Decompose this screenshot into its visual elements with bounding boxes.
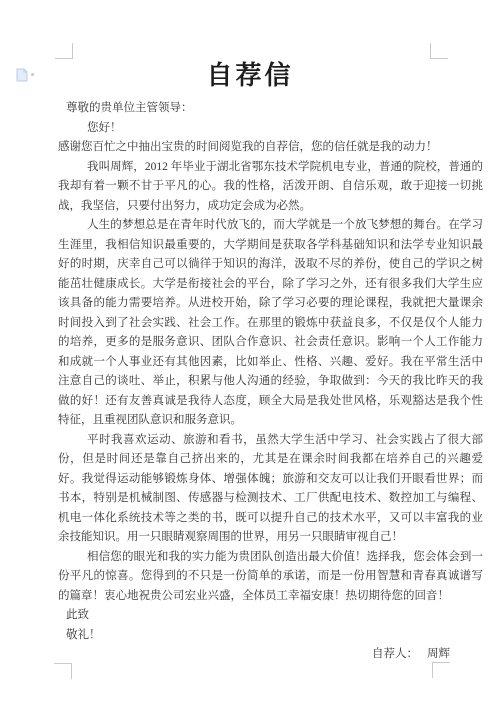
signature-name: 周辉 bbox=[427, 648, 450, 660]
corner-mark-top-right bbox=[430, 43, 448, 59]
paragraph-intro: 我叫周辉，2012 年毕业于湖北省鄂东技术学院机电专业，普通的院校，普通的我却有… bbox=[58, 158, 483, 217]
signature-line: 自荐人：周辉 bbox=[58, 645, 483, 665]
paragraph-greeting: 您好！ bbox=[58, 119, 483, 139]
line-cizhi: 此致 bbox=[58, 606, 483, 626]
paragraph-closing: 相信您的眼光和我的实力能为贵团队创造出最大价值！选择我，您会体会到一份平凡的惊喜… bbox=[58, 548, 483, 607]
signature-label: 自荐人： bbox=[372, 648, 418, 660]
letter-title: 自荐信 bbox=[0, 60, 500, 92]
salutation: 尊敬的贵单位主管领导： bbox=[58, 99, 483, 119]
paragraph-thanks: 感谢您百忙之中抽出宝贵的时间阅览我的自荐信，您的信任就是我的动力！ bbox=[58, 138, 483, 158]
letter-page: 自荐信 尊敬的贵单位主管领导： 您好！ 感谢您百忙之中抽出宝贵的时间阅览我的自荐… bbox=[0, 0, 500, 717]
letter-body: 尊敬的贵单位主管领导： 您好！ 感谢您百忙之中抽出宝贵的时间阅览我的自荐信，您的… bbox=[58, 99, 483, 665]
corner-mark-bottom-left bbox=[54, 663, 72, 679]
corner-mark-top-left bbox=[55, 43, 73, 59]
line-jingli: 敬礼！ bbox=[58, 626, 483, 646]
paragraph-hobbies: 平时我喜欢运动、旅游和看书，虽然大学生活中学习、社会实践占了很大部份，但是时间还… bbox=[58, 431, 483, 548]
paragraph-campus-life: 人生的梦想总是在青年时代放飞的，而大学就是一个放飞梦想的舞台。在学习生涯里，我相… bbox=[58, 216, 483, 431]
